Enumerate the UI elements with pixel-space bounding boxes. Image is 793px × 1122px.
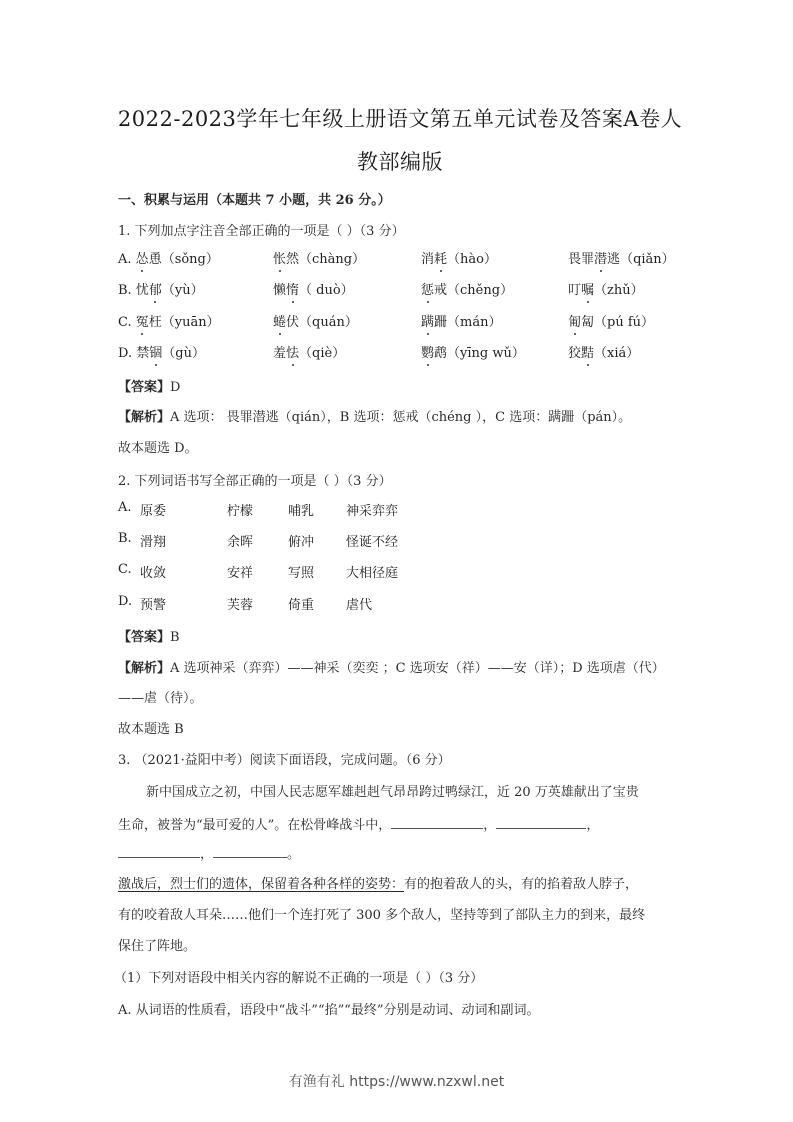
pinyin: （pú fú）	[594, 315, 654, 330]
q1-conclusion: 故本题选 D。	[118, 437, 198, 456]
analysis-tag: 【解析】	[118, 410, 170, 425]
emphasis-dot-char: 匍	[568, 315, 581, 330]
option-label: D.	[118, 346, 136, 361]
pinyin: （xiá）	[594, 346, 639, 361]
emphasis-dot-char: 怅	[273, 252, 286, 267]
q1-option-row: A. 怂恿（sǒng）怅然（chàng）消耗（hào）畏罪潜逃（qiǎn）	[118, 248, 698, 268]
q2-option-row: D.预警芙蓉倚重虐代	[118, 594, 698, 614]
word-char: 畏	[568, 252, 581, 267]
q2-answer: 【答案】B	[118, 626, 180, 645]
footer-watermark: 有渔有礼 https://www.nzxwl.net	[0, 1071, 793, 1091]
analysis-tag: 【解析】	[118, 661, 170, 676]
q3-sub1-option-a: A. 从词语的性质看，语段中“战斗”“掐”“最终”分别是动词、动词和副词。	[118, 999, 540, 1018]
q2-option-row: B.滑翔余晖俯冲怪诞不经	[118, 531, 698, 551]
word-char: 羞	[273, 346, 286, 361]
emphasis-dot-char: 蹒	[421, 315, 434, 330]
pinyin: （zhǔ）	[594, 283, 644, 298]
comma: ，	[200, 847, 213, 862]
document-page: 2022-2023学年七年级上册语文第五单元试卷及答案A卷人 教部编版 一、积累…	[0, 0, 793, 1122]
q3-paragraph-line3: ，。	[118, 843, 300, 862]
q1-option-row: B. 忧郁（yù）懒惰（ duò）惩戒（chěng）叮嘱（zhǔ）	[118, 279, 698, 299]
option-word: 芙蓉	[227, 594, 253, 613]
emphasis-dot-char: 嘱	[581, 283, 594, 298]
q1-option-item: 畏罪潜逃（qiǎn）	[568, 248, 675, 267]
fill-blank-2[interactable]	[496, 816, 586, 829]
q3-sub1-stem: （1）下列对语段中相关内容的解说不正确的一项是（ ）（3 分）	[114, 967, 483, 986]
option-label: C.	[118, 315, 136, 330]
q1-option-item: 懒惰（ duò）	[273, 279, 354, 298]
emphasis-dot-char: 耗	[434, 252, 447, 267]
pinyin: （quán）	[299, 315, 358, 330]
option-label: A.	[118, 252, 136, 267]
q2-analysis-line2: ——虐（待）。	[118, 687, 203, 706]
option-label: B.	[118, 531, 132, 546]
analysis-text: A 选项神采（弈弈）——神采（奕奕 ；C 选项安（祥）——安（详）；D 选项虐（…	[170, 661, 665, 676]
pinyin: （chàng）	[299, 252, 365, 267]
document-title-line2: 教部编版	[100, 146, 700, 176]
option-word: 安祥	[227, 562, 253, 581]
emphasis-dot-char: 怯	[286, 346, 299, 361]
option-word: 神采弈弈	[346, 500, 398, 519]
option-word: 大相径庭	[346, 562, 398, 581]
word-char: 叮	[568, 283, 581, 298]
option-word: 怪诞不经	[346, 531, 398, 550]
emphasis-dot-char: 潜	[594, 252, 607, 267]
q1-option-item: 鹦鹉（yīng wǔ）	[421, 342, 525, 361]
option-label: B.	[118, 283, 136, 298]
answer-value: D	[170, 380, 180, 395]
word-char: 逃	[607, 252, 620, 267]
document-title-line1: 2022-2023学年七年级上册语文第五单元试卷及答案A卷人	[100, 103, 700, 133]
word-char: 罪	[581, 252, 594, 267]
emphasis-dot-char: 惰	[286, 283, 299, 298]
q1-option-item: 叮嘱（zhǔ）	[568, 279, 644, 298]
fill-blank-3[interactable]	[118, 845, 200, 858]
word-char: 禁	[136, 346, 149, 361]
q1-option-item: 狡黠（xiá）	[568, 342, 639, 361]
q1-option-item: 匍匐（pú fú）	[568, 311, 654, 330]
pinyin: （yù）	[162, 283, 204, 298]
pinyin: （hào）	[447, 252, 497, 267]
option-word: 虐代	[346, 594, 372, 613]
comma: ，	[483, 818, 496, 833]
q3-paragraph2-line3: 保住了阵地。	[118, 935, 196, 954]
q3-paragraph2-line2: 有的咬着敌人耳朵……他们一个连打死了 300 多个敌人，坚持等到了部队主力的到来…	[118, 904, 645, 923]
word-char: 跚	[434, 315, 447, 330]
option-word: 滑翔	[140, 531, 166, 550]
q1-answer: 【答案】D	[118, 376, 180, 395]
q2-analysis: 【解析】A 选项神采（弈弈）——神采（奕奕 ；C 选项安（祥）——安（详）；D …	[118, 657, 665, 676]
word-char: 狡	[568, 346, 581, 361]
q1-option-row: D. 禁锢（gù）羞怯（qiè）鹦鹉（yīng wǔ）狡黠（xiá）	[118, 342, 698, 362]
option-label: A.	[118, 500, 132, 515]
q1-option-item: C. 冤枉（yuān）	[118, 311, 220, 330]
q1-option-item: 惩戒（chěng）	[421, 279, 513, 298]
word-char: 消	[421, 252, 434, 267]
option-word: 柠檬	[227, 500, 253, 519]
word-char: 戒	[434, 283, 447, 298]
fill-blank-1[interactable]	[391, 816, 483, 829]
q3-paragraph-line1: 新中国成立之初，中国人民志愿军雄赳赳气昂昂跨过鸭绿江，近 20 万英雄献出了宝贵	[146, 781, 639, 800]
option-word: 俯冲	[288, 531, 314, 550]
option-word: 倚重	[288, 594, 314, 613]
emphasis-dot-char: 惩	[421, 283, 434, 298]
answer-tag: 【答案】	[118, 380, 170, 395]
q2-stem: 2. 下列词语书写全部正确的一项是（ ）（3 分）	[118, 470, 392, 489]
comma: ，	[586, 818, 599, 833]
word-char: 匐	[581, 315, 594, 330]
word-char: 然	[286, 252, 299, 267]
emphasis-dot-char: 怂	[136, 252, 149, 267]
pinyin: （chěng）	[447, 283, 513, 298]
option-label: C.	[118, 562, 132, 577]
q2-option-row: A.原委柠檬哺乳神采弈弈	[118, 500, 698, 520]
pinyin: （ duò）	[299, 283, 354, 298]
word-char: 懒	[273, 283, 286, 298]
emphasis-dot-char: 冤	[136, 315, 149, 330]
pinyin: （qiǎn）	[620, 252, 675, 267]
option-word: 余晖	[227, 531, 253, 550]
pinyin: （yīng wǔ）	[447, 346, 525, 361]
emphasis-dot-char: 锢	[149, 346, 162, 361]
pinyin: （yuān）	[162, 315, 220, 330]
para-text: 有的抱着敌人的头，有的掐着敌人脖子，	[404, 877, 638, 892]
option-word: 原委	[140, 500, 166, 519]
word-char: 鹉	[434, 346, 447, 361]
answer-tag: 【答案】	[118, 630, 170, 645]
q2-option-row: C.收敛安祥写照大相径庭	[118, 562, 698, 582]
para-text: 生命，被誉为“最可爱的人”。在松骨峰战斗中，	[118, 818, 391, 833]
q3-paragraph2-line1: 激战后，烈士们的遗体，保留着各种各样的姿势：有的抱着敌人的头，有的掐着敌人脖子，	[118, 873, 638, 892]
q1-analysis: 【解析】A 选项： 畏罪潜逃（qián），B 选项：惩戒（chéng ），C 选…	[118, 406, 631, 425]
emphasis-dot-char: 郁	[149, 283, 162, 298]
pinyin: （sǒng）	[162, 252, 219, 267]
option-word: 写照	[288, 562, 314, 581]
q1-option-item: 羞怯（qiè）	[273, 342, 345, 361]
fill-blank-4[interactable]	[213, 845, 287, 858]
q1-option-item: 蜷伏（quán）	[273, 311, 358, 330]
analysis-text: A 选项： 畏罪潜逃（qián），B 选项：惩戒（chéng ），C 选项：蹒跚…	[170, 410, 631, 425]
q1-option-item: 蹒跚（mán）	[421, 311, 501, 330]
option-word: 哺乳	[288, 500, 314, 519]
option-word: 收敛	[140, 562, 166, 581]
emphasis-dot-char: 鹦	[421, 346, 434, 361]
word-char: 忧	[136, 283, 149, 298]
q2-conclusion: 故本题选 B	[118, 718, 184, 737]
option-label: D.	[118, 594, 132, 609]
q1-option-item: D. 禁锢（gù）	[118, 342, 205, 361]
section-heading: 一、积累与运用（本题共 7 小题，共 26 分。）	[118, 189, 391, 208]
period: 。	[287, 847, 300, 862]
q1-stem: 1. 下列加点字注音全部正确的一项是（ ）（3 分）	[118, 220, 405, 239]
emphasis-dot-char: 黠	[581, 346, 594, 361]
q1-option-item: B. 忧郁（yù）	[118, 279, 204, 298]
q3-paragraph-line2: 生命，被誉为“最可爱的人”。在松骨峰战斗中，，，	[118, 814, 599, 833]
word-char: 伏	[286, 315, 299, 330]
pinyin: （qiè）	[299, 346, 345, 361]
q1-option-row: C. 冤枉（yuān）蜷伏（quán）蹒跚（mán）匍匐（pú fú）	[118, 311, 698, 331]
q1-option-item: 消耗（hào）	[421, 248, 497, 267]
q3-stem: 3. （2021·益阳中考）阅读下面语段，完成问题。（6 分）	[118, 749, 451, 768]
pinyin: （mán）	[447, 315, 501, 330]
underlined-sentence: 激战后，烈士们的遗体，保留着各种各样的姿势：	[118, 877, 404, 892]
q1-option-item: 怅然（chàng）	[273, 248, 365, 267]
word-char: 恿	[149, 252, 162, 267]
option-word: 预警	[140, 594, 166, 613]
word-char: 枉	[149, 315, 162, 330]
emphasis-dot-char: 蜷	[273, 315, 286, 330]
q1-option-item: A. 怂恿（sǒng）	[118, 248, 219, 267]
answer-value: B	[170, 630, 180, 645]
pinyin: （gù）	[162, 346, 205, 361]
